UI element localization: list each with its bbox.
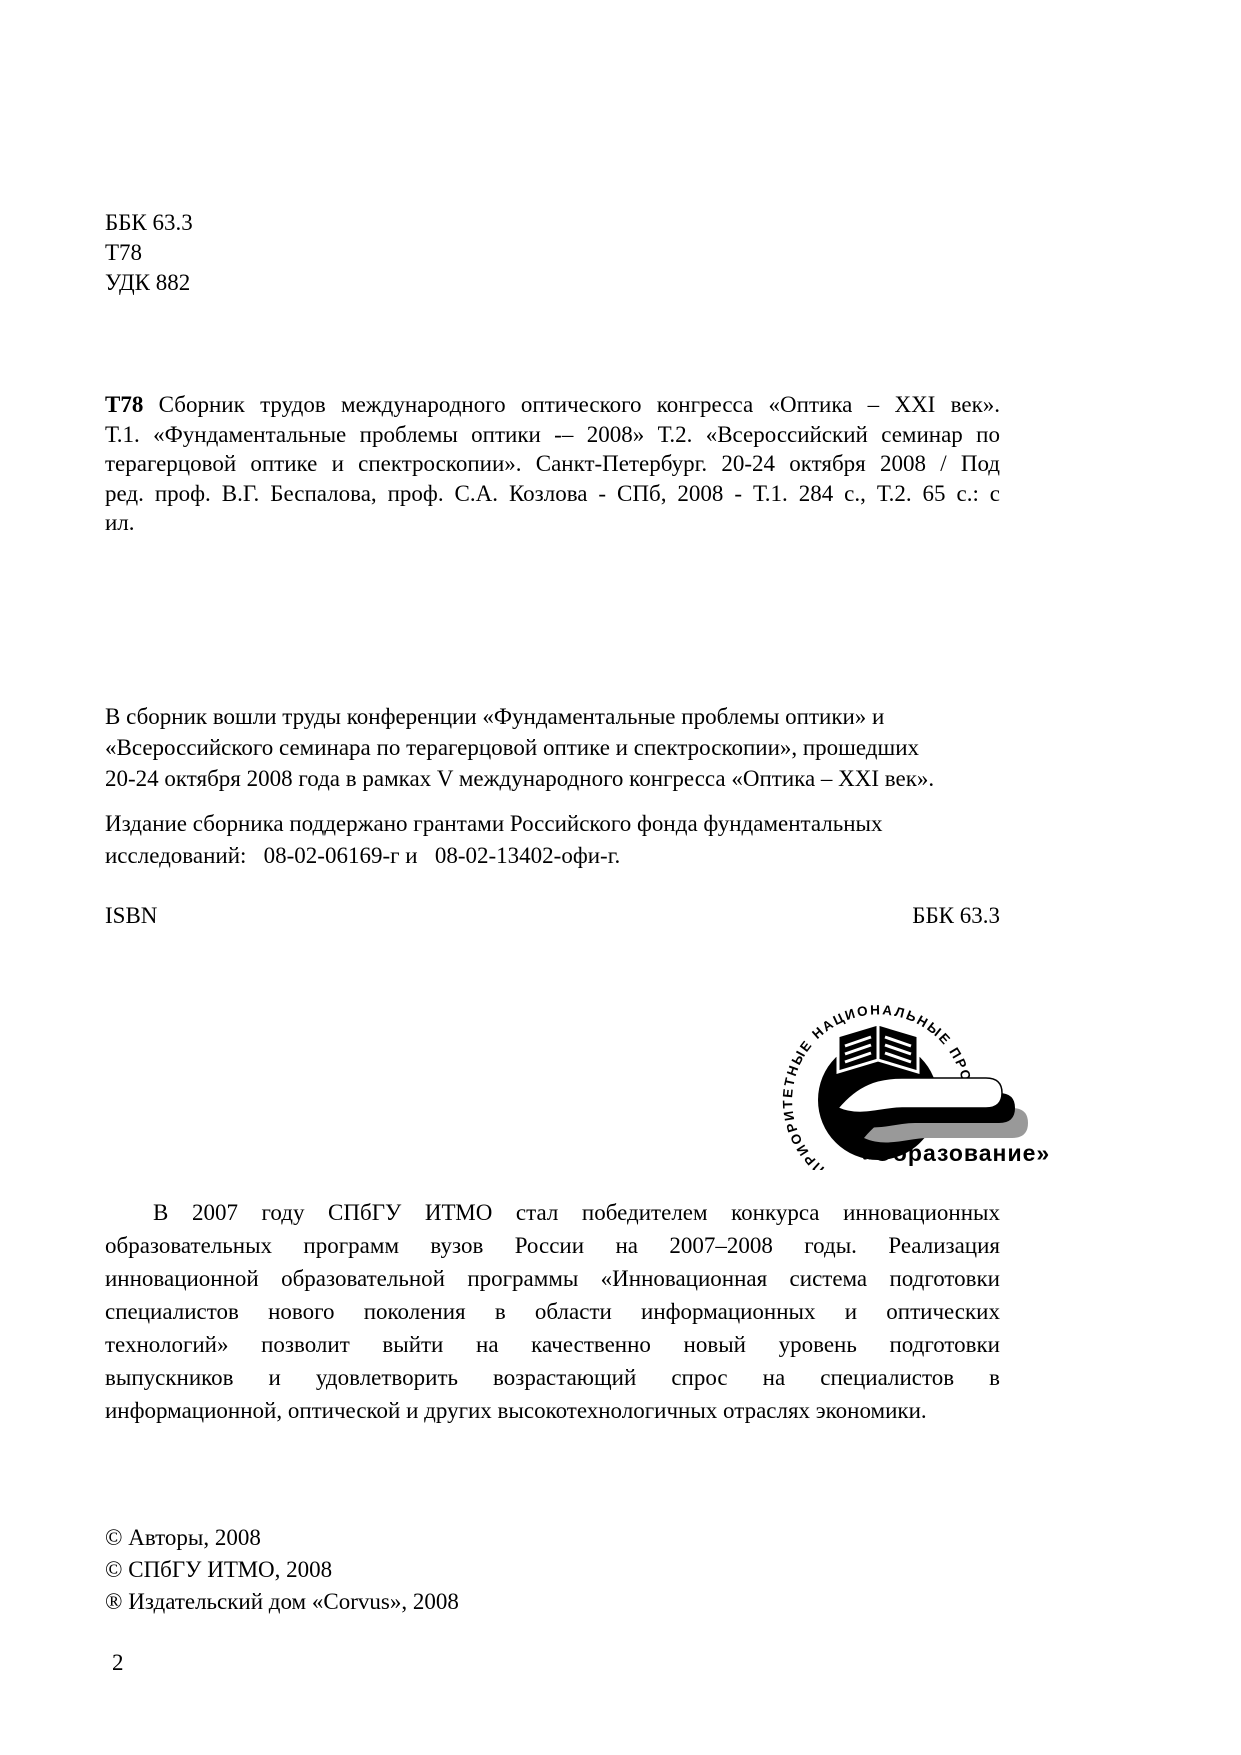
itmo-line: В 2007 году СПбГУ ИТМО стал победителем … [105, 1196, 1000, 1229]
page-number: 2 [112, 1650, 124, 1676]
itmo-line: выпускников и удовлетворить возрастающий… [105, 1361, 1000, 1394]
itmo-line: специалистов нового поколения в области … [105, 1295, 1000, 1328]
abstract-line: 20-24 октября 2008 года в рамках V между… [105, 763, 1000, 794]
catalog-code: Т78 [105, 392, 143, 417]
copyright-line: © СПбГУ ИТМО, 2008 [105, 1554, 459, 1586]
catalog-line: терагерцовой оптике и спектроскопии». Са… [105, 449, 1000, 479]
abstract-line: «Всероссийского семинара по терагерцовой… [105, 732, 1000, 763]
logo-graphic: ПРИОРИТЕТНЫЕ НАЦИОНАЛЬНЫЕ ПРОЕКТЫ «Образ… [770, 960, 1070, 1170]
grants-paragraph: Издание сборника поддержано грантами Рос… [105, 808, 1000, 872]
copyright-block: © Авторы, 2008 © СПбГУ ИТМО, 2008 ® Изда… [105, 1522, 459, 1618]
isbn-row: ISBN ББК 63.3 [105, 903, 1000, 929]
udk-code: УДК 882 [105, 268, 193, 298]
abstract-paragraph: В сборник вошли труды конференции «Фунда… [105, 701, 1000, 794]
itmo-line: образовательных программ вузов России на… [105, 1229, 1000, 1262]
classification-block: ББК 63.3 Т78 УДК 882 [105, 208, 193, 298]
national-project-education-logo: ПРИОРИТЕТНЫЕ НАЦИОНАЛЬНЫЕ ПРОЕКТЫ «Образ… [770, 960, 1070, 1170]
copyright-line: © Авторы, 2008 [105, 1522, 459, 1554]
logo-caption: «Образование» [860, 1140, 1050, 1166]
itmo-line: технологий» позволит выйти на качественн… [105, 1328, 1000, 1361]
catalog-line: ред. проф. В.Г. Беспалова, проф. С.А. Ко… [105, 479, 1000, 509]
copyright-line: ® Издательский дом «Corvus», 2008 [105, 1586, 459, 1618]
catalog-line: ил. [105, 508, 1000, 538]
itmo-line: инновационной образовательной программы … [105, 1262, 1000, 1295]
itmo-paragraph: В 2007 году СПбГУ ИТМО стал победителем … [105, 1196, 1000, 1427]
bbk-label: ББК 63.3 [912, 903, 1000, 929]
catalog-line: Т.1. «Фундаментальные проблемы оптики -–… [105, 420, 1000, 450]
isbn-label: ISBN [105, 903, 157, 929]
grants-line: Издание сборника поддержано грантами Рос… [105, 808, 1000, 840]
catalog-entry: Т78 Сборник трудов международного оптиче… [105, 390, 1000, 538]
document-page: ББК 63.3 Т78 УДК 882 Т78 Сборник трудов … [0, 0, 1241, 1755]
abstract-line: В сборник вошли труды конференции «Фунда… [105, 701, 1000, 732]
catalog-line: Т78 Сборник трудов международного оптиче… [105, 390, 1000, 420]
grants-line: исследований: 08-02-06169-г и 08-02-1340… [105, 840, 1000, 872]
bbk-code: ББК 63.3 [105, 208, 193, 238]
author-sign-code: Т78 [105, 238, 193, 268]
itmo-line: информационной, оптической и других высо… [105, 1394, 1000, 1427]
catalog-title: Сборник трудов международного оптическог… [143, 392, 1000, 417]
